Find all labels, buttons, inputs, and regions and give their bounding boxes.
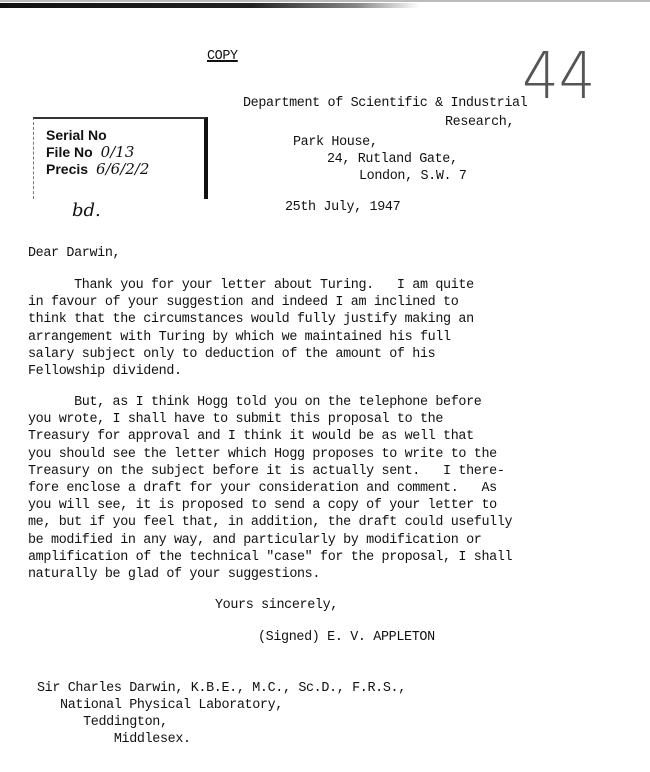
scan-edge-bar — [0, 3, 420, 8]
scan-edge-line — [0, 0, 650, 2]
stamp-file: File No0/13 — [46, 144, 204, 161]
closing: Yours sincerely, — [215, 596, 338, 617]
recipient-address: Sir Charles Darwin, K.B.E., M.C., Sc.D.,… — [37, 680, 406, 748]
page-annotation: 44 — [522, 40, 595, 114]
body-paragraph: But, as I think Hogg told you on the tel… — [28, 394, 512, 583]
sender-address-line: London, S.W. 7 — [359, 167, 467, 188]
sender-address-line: Research, — [445, 113, 514, 134]
registry-stamp: Serial No File No0/13 Precis6/6/2/2 — [33, 117, 208, 199]
signature: (Signed) E. V. APPLETON — [258, 628, 435, 649]
stamp-initials: bd. — [72, 200, 101, 221]
stamp-serial: Serial No — [46, 127, 204, 144]
sender-address-line: Department of Scientific & Industrial — [243, 94, 527, 115]
body-paragraph: Thank you for your letter about Turing. … — [28, 277, 474, 380]
copy-label: COPY — [207, 47, 238, 68]
letter-date: 25th July, 1947 — [285, 198, 400, 219]
stamp-precis: Precis6/6/2/2 — [46, 161, 204, 178]
salutation: Dear Darwin, — [28, 244, 120, 265]
